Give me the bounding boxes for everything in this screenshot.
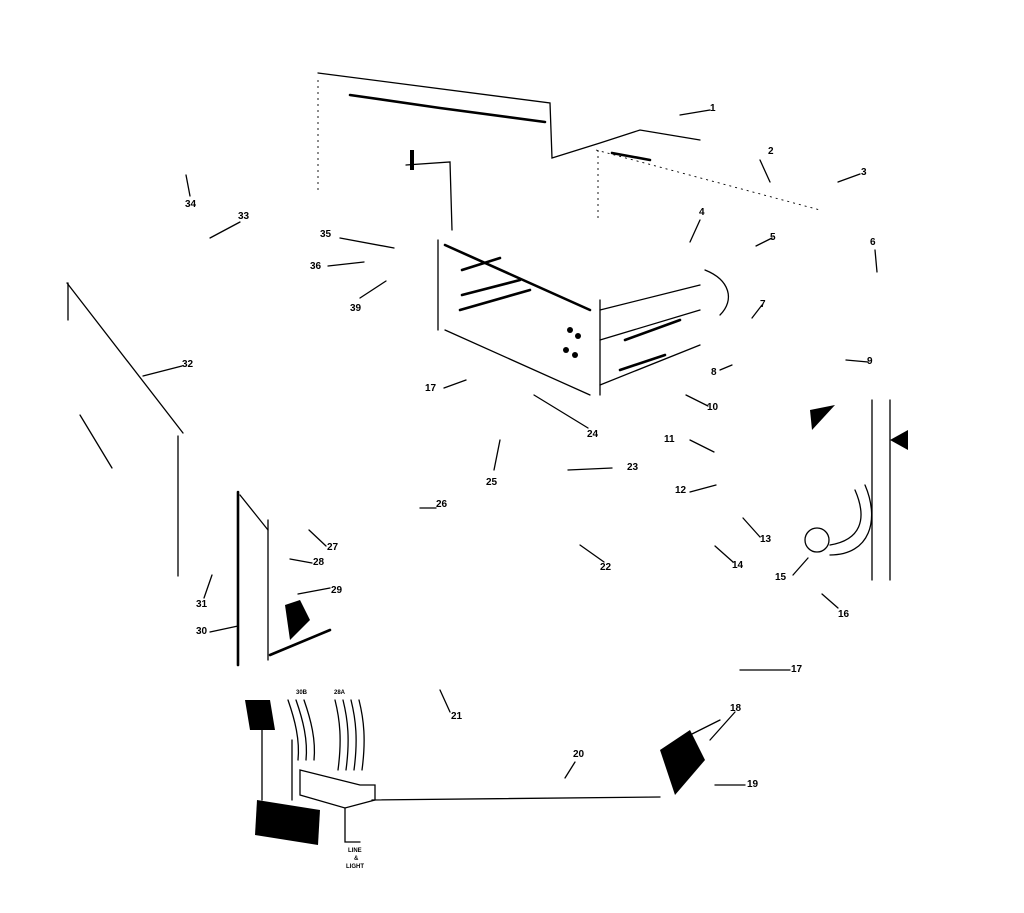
terminal-block bbox=[660, 720, 720, 795]
callout-29: 29 bbox=[331, 586, 342, 596]
control-bracket bbox=[238, 492, 330, 665]
callout-19: 19 bbox=[747, 780, 758, 790]
callout-25: 25 bbox=[486, 478, 497, 488]
connector-label-line2: & bbox=[354, 856, 358, 862]
harness-label-right: 28A bbox=[334, 690, 345, 696]
callout-14: 14 bbox=[732, 561, 743, 571]
callout-32: 32 bbox=[182, 360, 193, 370]
motor bbox=[805, 485, 872, 555]
callout-7: 7 bbox=[760, 300, 766, 310]
callout-12: 12 bbox=[675, 486, 686, 496]
callout-23: 23 bbox=[627, 463, 638, 473]
oven-cavity bbox=[438, 240, 728, 395]
callout-2: 2 bbox=[768, 147, 774, 157]
callout-28: 28 bbox=[313, 558, 324, 568]
callout-17-left: 17 bbox=[425, 384, 436, 394]
back-panel bbox=[596, 150, 820, 220]
callout-18: 18 bbox=[730, 704, 741, 714]
callout-15: 15 bbox=[775, 573, 786, 583]
callout-27: 27 bbox=[327, 543, 338, 553]
callout-24: 24 bbox=[587, 430, 598, 440]
callout-3: 3 bbox=[861, 168, 867, 178]
top-cover-panel bbox=[318, 73, 700, 230]
callout-17-right: 17 bbox=[791, 665, 802, 675]
connector-label-line3: LIGHT bbox=[346, 864, 364, 870]
callout-1: 1 bbox=[710, 104, 716, 114]
connector-label-line1: LINE bbox=[348, 848, 362, 854]
callout-35: 35 bbox=[320, 230, 331, 240]
harness-label-left: 30B bbox=[296, 690, 307, 696]
callout-20: 20 bbox=[573, 750, 584, 760]
callout-9: 9 bbox=[867, 357, 873, 367]
callout-8: 8 bbox=[711, 368, 717, 378]
side-panel bbox=[67, 283, 183, 576]
callout-33: 33 bbox=[238, 212, 249, 222]
callout-11: 11 bbox=[664, 435, 675, 445]
callout-36: 36 bbox=[310, 262, 321, 272]
callout-34: 34 bbox=[185, 200, 196, 210]
callout-13: 13 bbox=[760, 535, 771, 545]
callout-21: 21 bbox=[451, 712, 462, 722]
callout-22: 22 bbox=[600, 563, 611, 573]
callout-10: 10 bbox=[707, 403, 718, 413]
callout-6: 6 bbox=[870, 238, 876, 248]
callout-4: 4 bbox=[699, 208, 705, 218]
callout-31: 31 bbox=[196, 600, 207, 610]
callout-5: 5 bbox=[770, 233, 776, 243]
callout-39: 39 bbox=[350, 304, 361, 314]
parts-diagram-drawing bbox=[0, 0, 1024, 913]
callout-16: 16 bbox=[838, 610, 849, 620]
right-frame bbox=[810, 400, 908, 580]
callout-26: 26 bbox=[436, 500, 447, 510]
callout-30: 30 bbox=[196, 627, 207, 637]
leader-lines bbox=[143, 110, 877, 785]
